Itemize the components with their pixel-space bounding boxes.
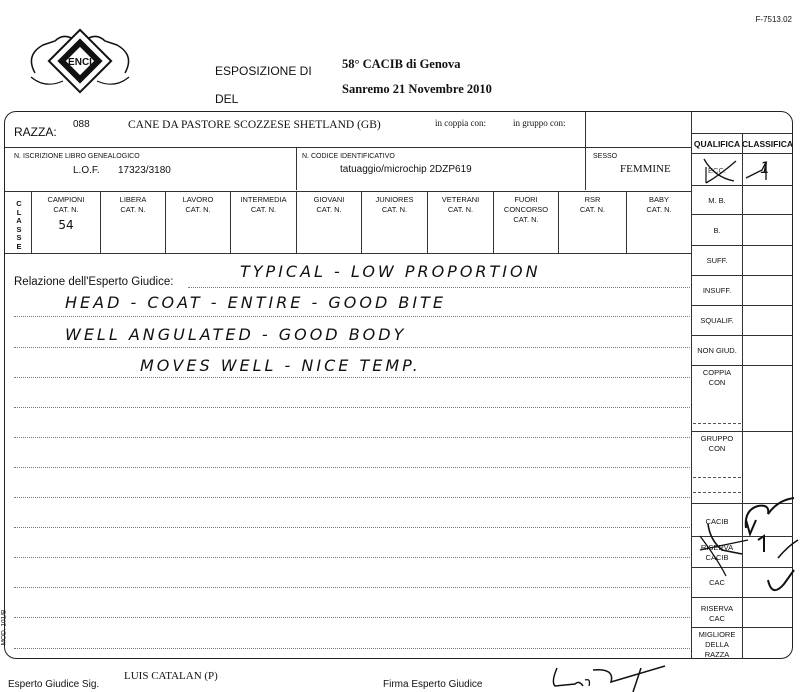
title-migliore-della-razza[interactable]: MIGLIORE DELLA RAZZA: [695, 630, 739, 660]
sex-label: SESSO: [593, 153, 617, 160]
registration-number: 17323/3180: [118, 165, 171, 176]
judge-label: Esperto Giudice Sig.: [8, 679, 99, 690]
date-label: DEL: [215, 92, 238, 106]
class-name: LAVORO: [166, 195, 230, 205]
class-cat-label: CAT. N.: [32, 205, 100, 215]
report-line-3[interactable]: WELL ANGULATED - GOOD BODY: [65, 325, 406, 344]
class-name: JUNIORES: [362, 195, 427, 205]
class-column-rsr[interactable]: RSRCAT. N.: [558, 192, 626, 253]
group-label: in gruppo con:: [513, 118, 566, 128]
class-side-label: CLASSE: [14, 200, 24, 251]
sex-value: FEMMINE: [620, 163, 671, 175]
classifica-header: CLASSIFICA: [742, 139, 793, 149]
date-value: Sanremo 21 Novembre 2010: [342, 82, 492, 97]
class-cat-label: CAT. N.: [362, 205, 427, 215]
title-riserva-cac[interactable]: RISERVA CAC: [697, 604, 737, 624]
exhibition-label: ESPOSIZIONE DI: [215, 64, 312, 78]
coppia-con[interactable]: COPPIA CON: [697, 368, 737, 388]
breed-name: CANE DA PASTORE SCOZZESE SHETLAND (GB): [128, 119, 381, 131]
report-line-4[interactable]: MOVES WELL - NICE TEMP.: [140, 356, 421, 375]
gruppo-con[interactable]: GRUPPO CON: [697, 434, 737, 454]
signature-label: Firma Esperto Giudice: [383, 679, 482, 690]
class-cat-label: CAT. N.: [231, 205, 296, 215]
class-cat-label: CAT. N.: [627, 205, 691, 215]
class-name: BABY: [627, 195, 691, 205]
judge-name[interactable]: LUIS CATALAN (P): [124, 670, 218, 682]
breed-label: RAZZA:: [14, 125, 57, 139]
qualifica-squalif[interactable]: SQUALIF.: [692, 316, 742, 326]
qualifica-mb[interactable]: M. B.: [692, 196, 742, 206]
class-name: GIOVANI: [297, 195, 361, 205]
class-name: CAMPIONI: [32, 195, 100, 205]
class-cat-label: CAT. N.: [101, 205, 165, 215]
classifica-mark-icon: [742, 158, 772, 182]
class-cat-label: CAT. N.: [559, 205, 626, 215]
qualifica-b[interactable]: B.: [692, 226, 742, 236]
class-cat-label: CAT. N.: [494, 215, 558, 225]
class-cat-label: CAT. N.: [166, 205, 230, 215]
pair-label: in coppia con:: [435, 118, 486, 128]
registration-label: N. ISCRIZIONE LIBRO GENEALOGICO: [14, 153, 140, 160]
model-code: MOD. 101/B: [0, 610, 7, 646]
report-line-1[interactable]: TYPICAL - LOW PROPORTION: [240, 262, 541, 281]
qualifica-insuff[interactable]: INSUFF.: [692, 286, 742, 296]
class-name: LIBERA: [101, 195, 165, 205]
class-column-veterani[interactable]: VETERANICAT. N.: [427, 192, 493, 253]
class-column-libera[interactable]: LIBERACAT. N.: [100, 192, 165, 253]
class-column-giovani[interactable]: GIOVANICAT. N.: [296, 192, 361, 253]
enci-emblem-icon: ENCI: [25, 15, 135, 100]
class-name: VETERANI: [428, 195, 493, 205]
form-code: F-7513.02: [756, 15, 792, 24]
report-line-2[interactable]: HEAD - COAT - ENTIRE - GOOD BITE: [65, 293, 446, 312]
enci-logo: ENCI: [25, 15, 135, 100]
class-column-intermedia[interactable]: INTERMEDIACAT. N.: [230, 192, 296, 253]
class-column-baby[interactable]: BABYCAT. N.: [626, 192, 691, 253]
class-column-juniores[interactable]: JUNIORESCAT. N.: [361, 192, 427, 253]
registration-book: L.O.F.: [73, 165, 100, 176]
svg-text:ENCI: ENCI: [68, 57, 92, 68]
class-column-lavoro[interactable]: LAVOROCAT. N.: [165, 192, 230, 253]
qualifica-non-giud[interactable]: NON GIUD.: [692, 346, 742, 356]
identification-value: tatuaggio/microchip 2DZP619: [340, 164, 472, 175]
exhibition-value: 58° CACIB di Genova: [342, 57, 461, 72]
report-label: Relazione dell'Esperto Giudice:: [14, 276, 173, 288]
qualifica-suff[interactable]: SUFF.: [692, 256, 742, 266]
identification-label: N. CODICE IDENTIFICATIVO: [302, 153, 395, 160]
class-name: FUORI CONCORSO: [494, 195, 558, 215]
qualifica-header: QUALIFICA: [692, 139, 742, 149]
class-column-fuori-concorso[interactable]: FUORI CONCORSOCAT. N.: [493, 192, 558, 253]
class-name: INTERMEDIA: [231, 195, 296, 205]
cacib-handwritten-mark-icon: [698, 480, 800, 600]
class-cat-value[interactable]: 54: [32, 218, 100, 232]
class-cat-label: CAT. N.: [297, 205, 361, 215]
judge-signature-icon[interactable]: [545, 662, 675, 692]
class-column-campioni[interactable]: CAMPIONICAT. N.54: [32, 192, 100, 253]
class-cat-label: CAT. N.: [428, 205, 493, 215]
breed-code: 088: [73, 119, 90, 130]
class-name: RSR: [559, 195, 626, 205]
